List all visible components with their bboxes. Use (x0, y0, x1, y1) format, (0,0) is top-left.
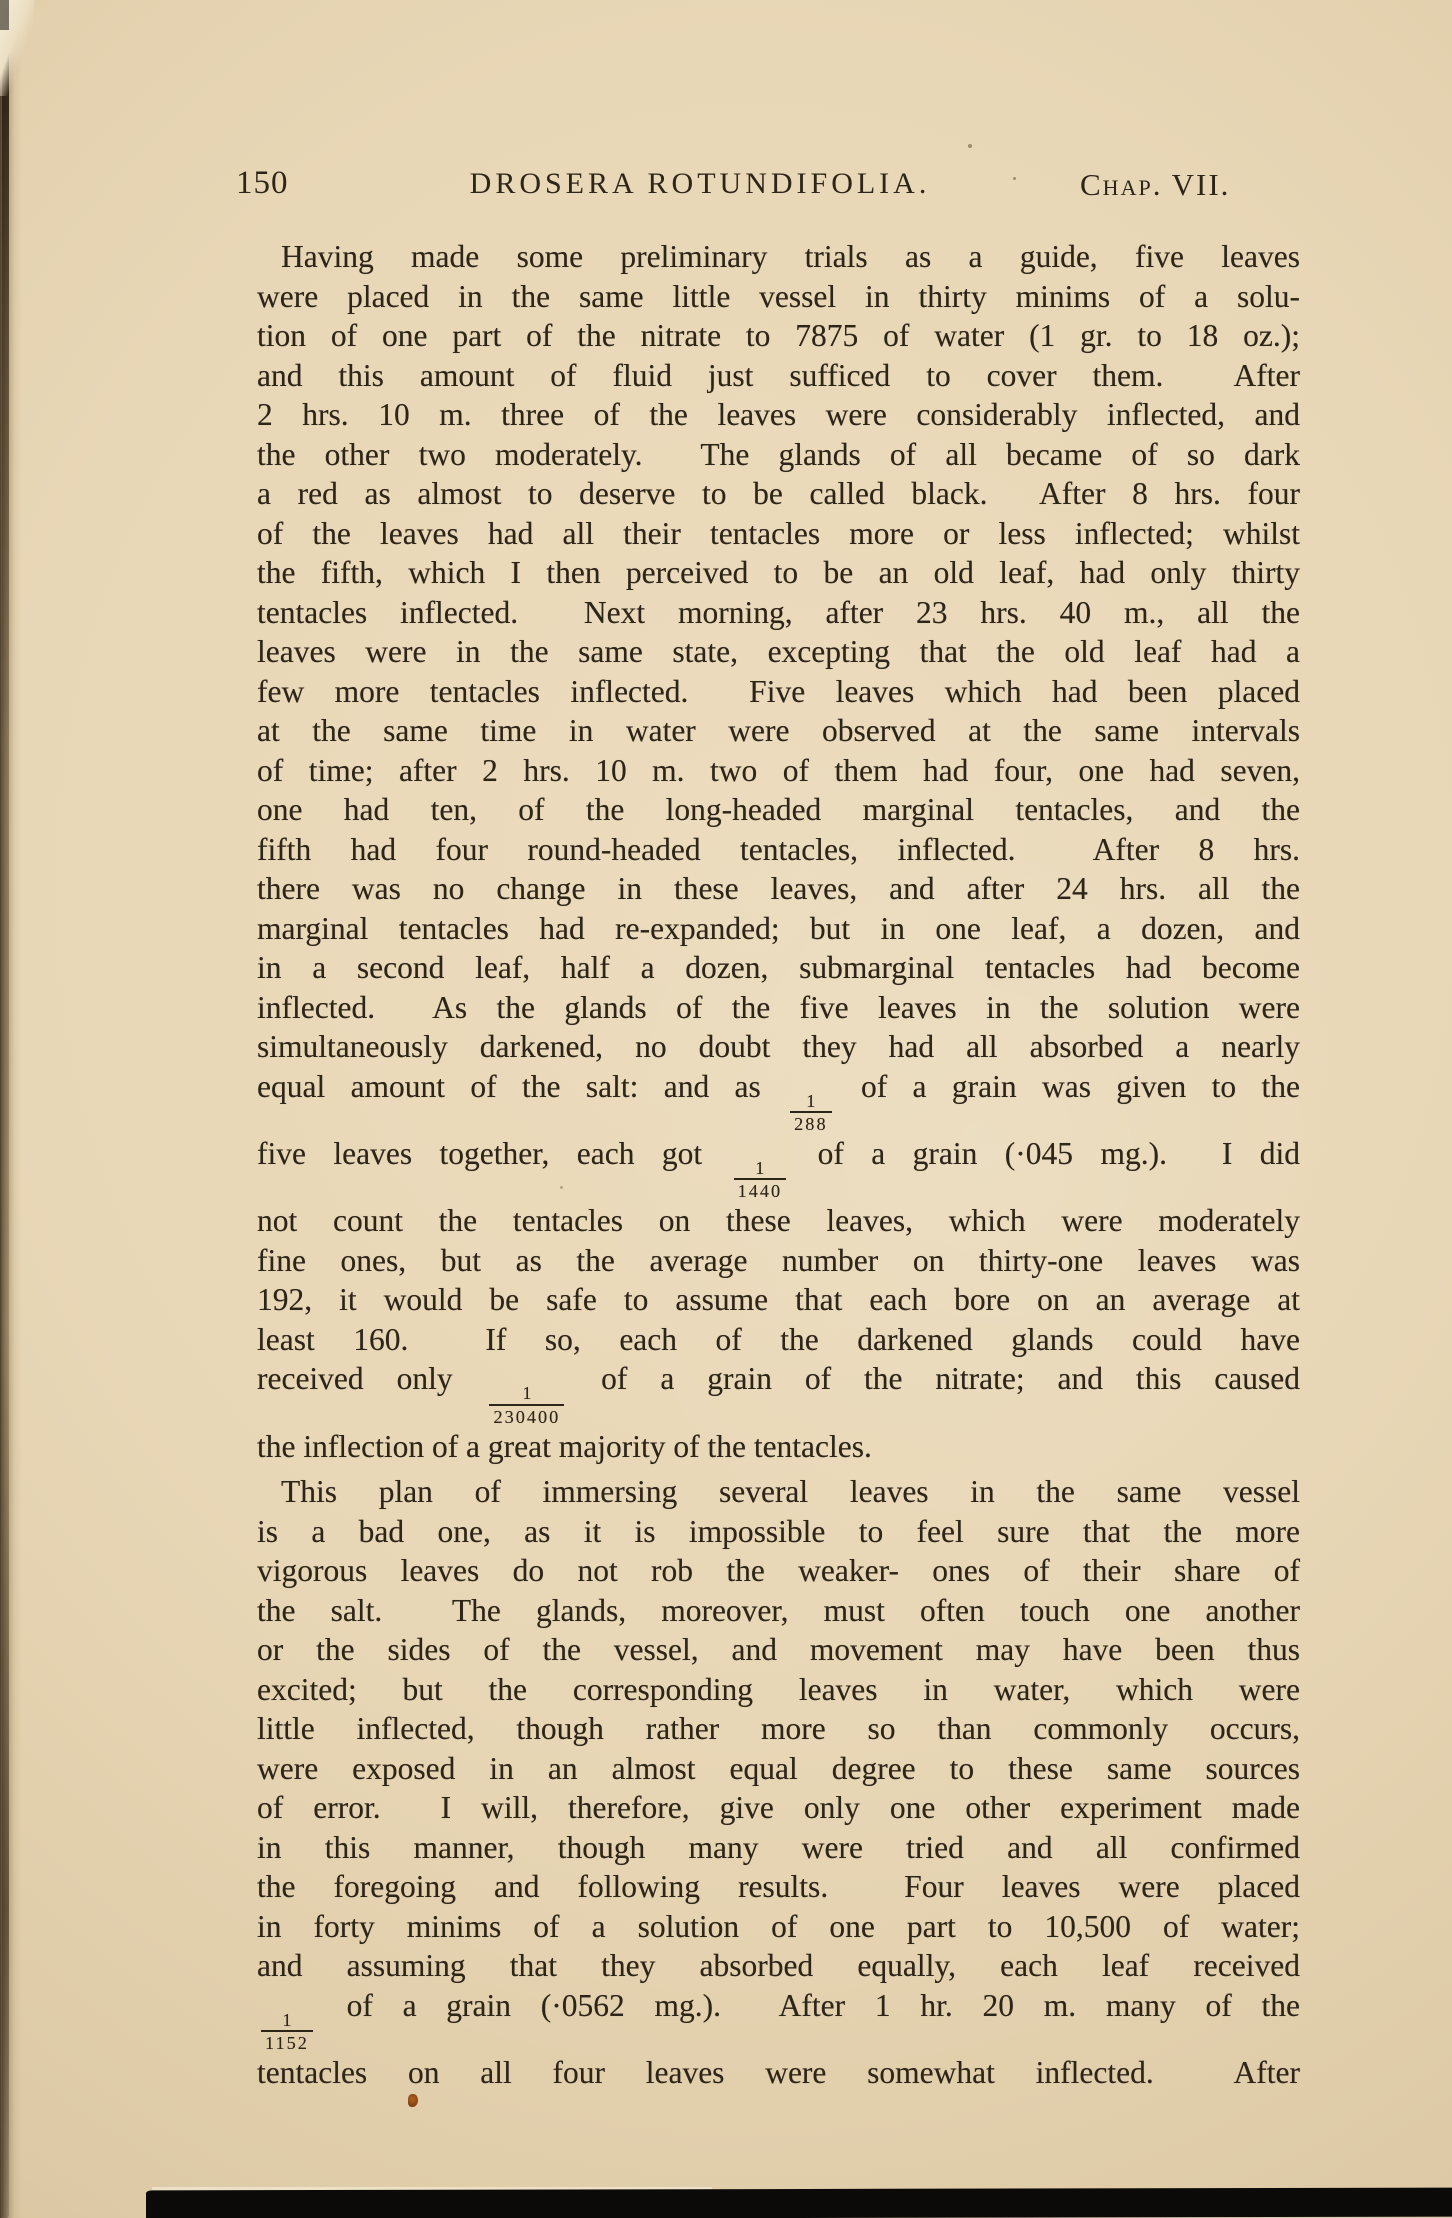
paragraph: This plan of immersing several leaves in… (257, 1472, 1300, 2092)
text-line: and assuming that they absorbed equally,… (257, 1946, 1300, 1986)
ink-spot (408, 2094, 418, 2107)
text-line: fine ones, but as the average number on … (257, 1241, 1300, 1281)
paper-speck (1013, 177, 1016, 180)
text-line: 2 hrs. 10 m. three of the leaves were co… (257, 395, 1300, 435)
text-line: at the same time in water were observed … (257, 711, 1300, 751)
chapter-header: Chap. VII. (1080, 167, 1230, 203)
paper-speck (560, 1186, 563, 1189)
text-line: in this manner, though many were tried a… (257, 1828, 1300, 1868)
text-line: one had ten, of the long-headed marginal… (257, 790, 1300, 830)
book-page-scan: 150 DROSERA ROTUNDIFOLIA. Chap. VII. Hav… (0, 0, 1452, 2218)
text-line: or the sides of the vessel, and movement… (257, 1630, 1300, 1670)
text-line: the inflection of a great majority of th… (257, 1427, 1300, 1467)
text-line: the foregoing and following results. Fou… (257, 1867, 1300, 1907)
fraction: 11440 (734, 1159, 787, 1201)
scan-black-band (146, 2188, 1452, 2218)
text-line: fifth had four round-headed tentacles, i… (257, 830, 1300, 870)
page-left-edge-streak (2, 0, 9, 2218)
page-header: 150 DROSERA ROTUNDIFOLIA. Chap. VII. (0, 163, 1452, 209)
text-line: least 160. If so, each of the darkened g… (257, 1320, 1300, 1360)
text-line: This plan of immersing several leaves in… (257, 1472, 1300, 1512)
text-line: 192, it would be safe to assume that eac… (257, 1280, 1300, 1320)
fraction: 1230400 (489, 1384, 564, 1426)
text-line: 11152 of a grain (·0562 mg.). After 1 hr… (257, 1986, 1300, 2053)
text-line: were exposed in an almost equal degree t… (257, 1749, 1300, 1789)
text-line: equal amount of the salt: and as 1288 of… (257, 1067, 1300, 1134)
text-line: simultaneously darkened, no doubt they h… (257, 1027, 1300, 1067)
text-line: received only 1230400 of a grain of the … (257, 1359, 1300, 1426)
text-line: tion of one part of the nitrate to 7875 … (257, 316, 1300, 356)
text-line: vigorous leaves do not rob the weaker- o… (257, 1551, 1300, 1591)
text-line: tentacles inflected. Next morning, after… (257, 593, 1300, 633)
paragraph: Having made some preliminary trials as a… (257, 237, 1300, 1466)
page-corner-shadow (0, 0, 9, 30)
text-line: in forty minims of a solution of one par… (257, 1907, 1300, 1947)
text-line: five leaves together, each got 11440 of … (257, 1134, 1300, 1201)
text-line: the fifth, which I then perceived to be … (257, 553, 1300, 593)
text-line: leaves were in the same state, excepting… (257, 632, 1300, 672)
text-line: is a bad one, as it is impossible to fee… (257, 1512, 1300, 1552)
page-number: 150 (236, 165, 289, 202)
text-line: marginal tentacles had re-expanded; but … (257, 909, 1300, 949)
fraction: 11152 (261, 2011, 313, 2053)
text-line: excited; but the corresponding leaves in… (257, 1670, 1300, 1710)
text-line: of the leaves had all their tentacles mo… (257, 514, 1300, 554)
text-line: not count the tentacles on these leaves,… (257, 1201, 1300, 1241)
text-line: were placed in the same little vessel in… (257, 277, 1300, 317)
text-line: Having made some preliminary trials as a… (257, 237, 1300, 277)
text-line: and this amount of fluid just sufficed t… (257, 356, 1300, 396)
fraction: 1288 (790, 1092, 831, 1134)
text-line: few more tentacles inflected. Five leave… (257, 672, 1300, 712)
text-line: a red as almost to deserve to be called … (257, 474, 1300, 514)
text-line: inflected. As the glands of the five lea… (257, 988, 1300, 1028)
text-line: of error. I will, therefore, give only o… (257, 1788, 1300, 1828)
text-line: in a second leaf, half a dozen, submargi… (257, 948, 1300, 988)
text-block: Having made some preliminary trials as a… (257, 237, 1300, 2093)
text-line: there was no change in these leaves, and… (257, 869, 1300, 909)
paper-speck (968, 144, 972, 148)
text-line: the other two moderately. The glands of … (257, 435, 1300, 475)
text-line: tentacles on all four leaves were somewh… (257, 2053, 1300, 2093)
text-line: of time; after 2 hrs. 10 m. two of them … (257, 751, 1300, 791)
text-line: the salt. The glands, moreover, must oft… (257, 1591, 1300, 1631)
text-line: little inflected, though rather more so … (257, 1709, 1300, 1749)
running-title: DROSERA ROTUNDIFOLIA. (397, 167, 1003, 201)
